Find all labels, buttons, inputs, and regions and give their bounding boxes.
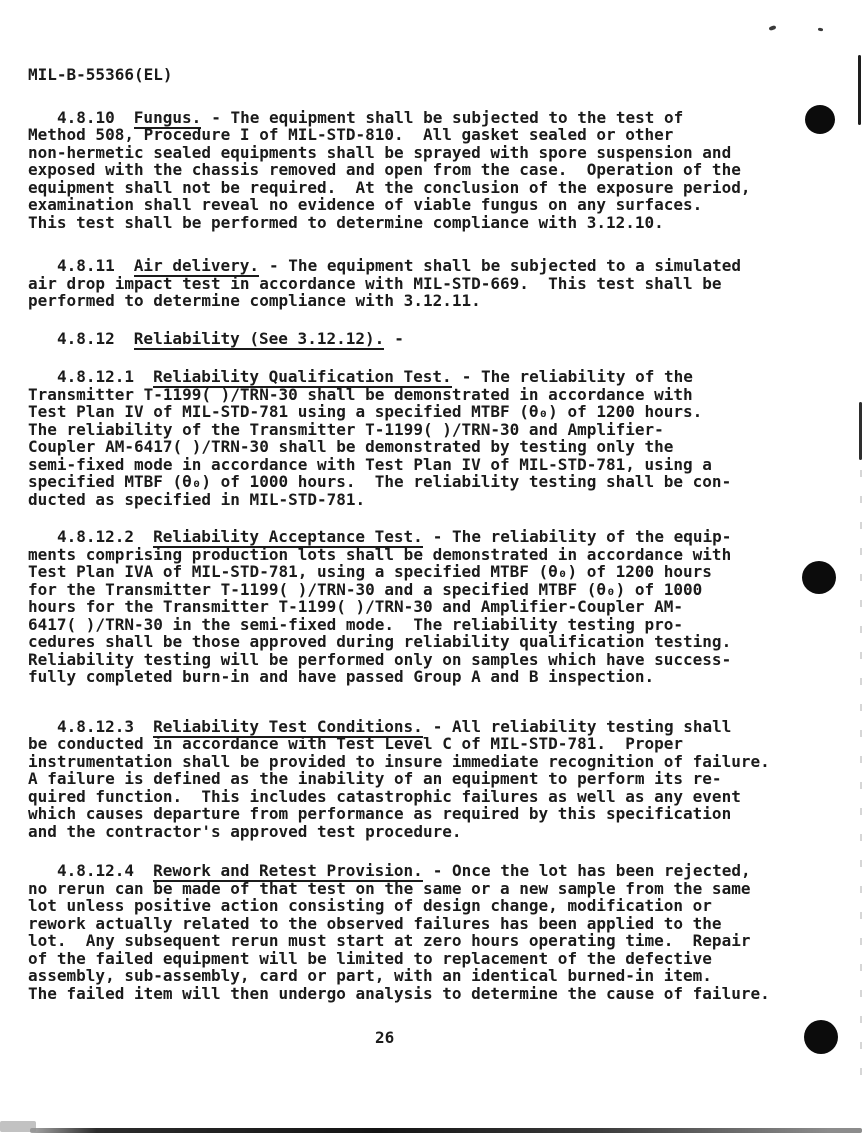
section-lead-text: - <box>394 329 404 348</box>
text-line: of the failed equipment will be limited … <box>28 950 863 968</box>
section-lead-text: - All reliability testing shall <box>433 717 732 736</box>
section-heading-line: 4.8.12.4Rework and Retest Provision.- On… <box>28 862 863 880</box>
section-lead-text: - The equipment shall be subjected to a … <box>269 256 741 275</box>
text-line: no rerun can be made of that test on the… <box>28 880 863 898</box>
hole-punch-dot <box>802 561 836 594</box>
text-line: ducted as specified in MIL-STD-781. <box>28 491 863 509</box>
section-number: 4.8.12 <box>57 329 115 348</box>
section-body: Method 508, Procedure I of MIL-STD-810. … <box>28 126 863 231</box>
text-line: cedures shall be those approved during r… <box>28 633 863 651</box>
section-body: Transmitter T-1199( )/TRN-30 shall be de… <box>28 386 863 509</box>
text-line: Test Plan IVA of MIL-STD-781, using a sp… <box>28 563 863 581</box>
text-line: fully completed burn-in and have passed … <box>28 668 863 686</box>
section-body: ments comprising production lots shall b… <box>28 546 863 686</box>
section-number: 4.8.12.4 <box>57 861 134 880</box>
section-lead-text: - The reliability of the <box>462 367 693 386</box>
scan-edge-artifact <box>858 55 861 125</box>
hole-punch-dot <box>805 105 835 134</box>
section-heading-line: 4.8.12.3Reliability Test Conditions.- Al… <box>28 718 863 736</box>
section-number: 4.8.10 <box>57 108 115 127</box>
section-lead-text: - The reliability of the equip- <box>433 527 732 546</box>
text-line: 6417( )/TRN-30 in the semi-fixed mode. T… <box>28 616 863 634</box>
scan-speck <box>769 25 777 31</box>
text-line: Reliability testing will be performed on… <box>28 651 863 669</box>
section-4-8-11: 4.8.11Air delivery.- The equipment shall… <box>28 257 863 310</box>
page-number: 26 <box>375 1029 863 1047</box>
text-line: Method 508, Procedure I of MIL-STD-810. … <box>28 126 863 144</box>
scan-edge-artifact <box>860 470 862 1090</box>
section-body: no rerun can be made of that test on the… <box>28 880 863 1003</box>
text-line: specified MTBF (θ₀) of 1000 hours. The r… <box>28 473 863 491</box>
section-lead-text: - Once the lot has been rejected, <box>433 861 751 880</box>
text-line: lot. Any subsequent rerun must start at … <box>28 932 863 950</box>
text-line: instrumentation shall be provided to ins… <box>28 753 863 771</box>
text-line: Transmitter T-1199( )/TRN-30 shall be de… <box>28 386 863 404</box>
text-line: assembly, sub-assembly, card or part, wi… <box>28 967 863 985</box>
section-heading-line: 4.8.12Reliability (See 3.12.12).- <box>28 330 863 348</box>
text-line: This test shall be performed to determin… <box>28 214 863 232</box>
section-body: be conducted in accordance with Test Lev… <box>28 735 863 840</box>
text-line: for the Transmitter T-1199( )/TRN-30 and… <box>28 581 863 599</box>
section-number: 4.8.12.2 <box>57 527 134 546</box>
text-line: examination shall reveal no evidence of … <box>28 196 863 214</box>
scan-speck <box>818 28 824 32</box>
text-line: lot unless positive action consisting of… <box>28 897 863 915</box>
section-4-8-10: 4.8.10Fungus.- The equipment shall be su… <box>28 109 863 232</box>
section-4-8-12-3: 4.8.12.3Reliability Test Conditions.- Al… <box>28 718 863 841</box>
section-title: Reliability (See 3.12.12). <box>134 329 384 350</box>
section-number: 4.8.11 <box>57 256 115 275</box>
section-number: 4.8.12.3 <box>57 717 134 736</box>
section-heading-line: 4.8.10Fungus.- The equipment shall be su… <box>28 109 863 127</box>
text-line: rework actually related to the observed … <box>28 915 863 933</box>
document-number: MIL-B-55366(EL) <box>28 66 863 84</box>
scan-bottom-edge-artifact <box>30 1128 862 1133</box>
text-line: The reliability of the Transmitter T-119… <box>28 421 863 439</box>
text-line: ments comprising production lots shall b… <box>28 546 863 564</box>
section-heading-line: 4.8.12.2Reliability Acceptance Test.- Th… <box>28 528 863 546</box>
text-line: quired function. This includes catastrop… <box>28 788 863 806</box>
section-4-8-12: 4.8.12Reliability (See 3.12.12).- <box>28 330 863 348</box>
text-line: and the contractor's approved test proce… <box>28 823 863 841</box>
section-heading-line: 4.8.12.1Reliability Qualification Test.-… <box>28 368 863 386</box>
text-line: air drop impact test in accordance with … <box>28 275 863 293</box>
section-number: 4.8.12.1 <box>57 367 134 386</box>
text-line: exposed with the chassis removed and ope… <box>28 161 863 179</box>
scan-edge-artifact <box>859 402 862 460</box>
hole-punch-dot <box>804 1020 838 1054</box>
text-line: which causes departure from performance … <box>28 805 863 823</box>
text-line: equipment shall not be required. At the … <box>28 179 863 197</box>
section-heading-line: 4.8.11Air delivery.- The equipment shall… <box>28 257 863 275</box>
text-line: A failure is defined as the inability of… <box>28 770 863 788</box>
scan-bottom-edge-artifact <box>0 1121 36 1132</box>
text-line: semi-fixed mode in accordance with Test … <box>28 456 863 474</box>
section-body: air drop impact test in accordance with … <box>28 275 863 310</box>
section-4-8-12-2: 4.8.12.2Reliability Acceptance Test.- Th… <box>28 528 863 686</box>
text-line: Coupler AM-6417( )/TRN-30 shall be demon… <box>28 438 863 456</box>
text-line: The failed item will then undergo analys… <box>28 985 863 1003</box>
text-line: non-hermetic sealed equipments shall be … <box>28 144 863 162</box>
text-line: hours for the Transmitter T-1199( )/TRN-… <box>28 598 863 616</box>
section-lead-text: - The equipment shall be subjected to th… <box>211 108 683 127</box>
text-line: Test Plan IV of MIL-STD-781 using a spec… <box>28 403 863 421</box>
section-4-8-12-4: 4.8.12.4Rework and Retest Provision.- On… <box>28 862 863 1002</box>
text-line: performed to determine compliance with 3… <box>28 292 863 310</box>
scanned-document-page: { "colors": { "text": "#1b1b1b", "backgr… <box>0 0 863 1137</box>
text-line: be conducted in accordance with Test Lev… <box>28 735 863 753</box>
section-4-8-12-1: 4.8.12.1Reliability Qualification Test.-… <box>28 368 863 508</box>
